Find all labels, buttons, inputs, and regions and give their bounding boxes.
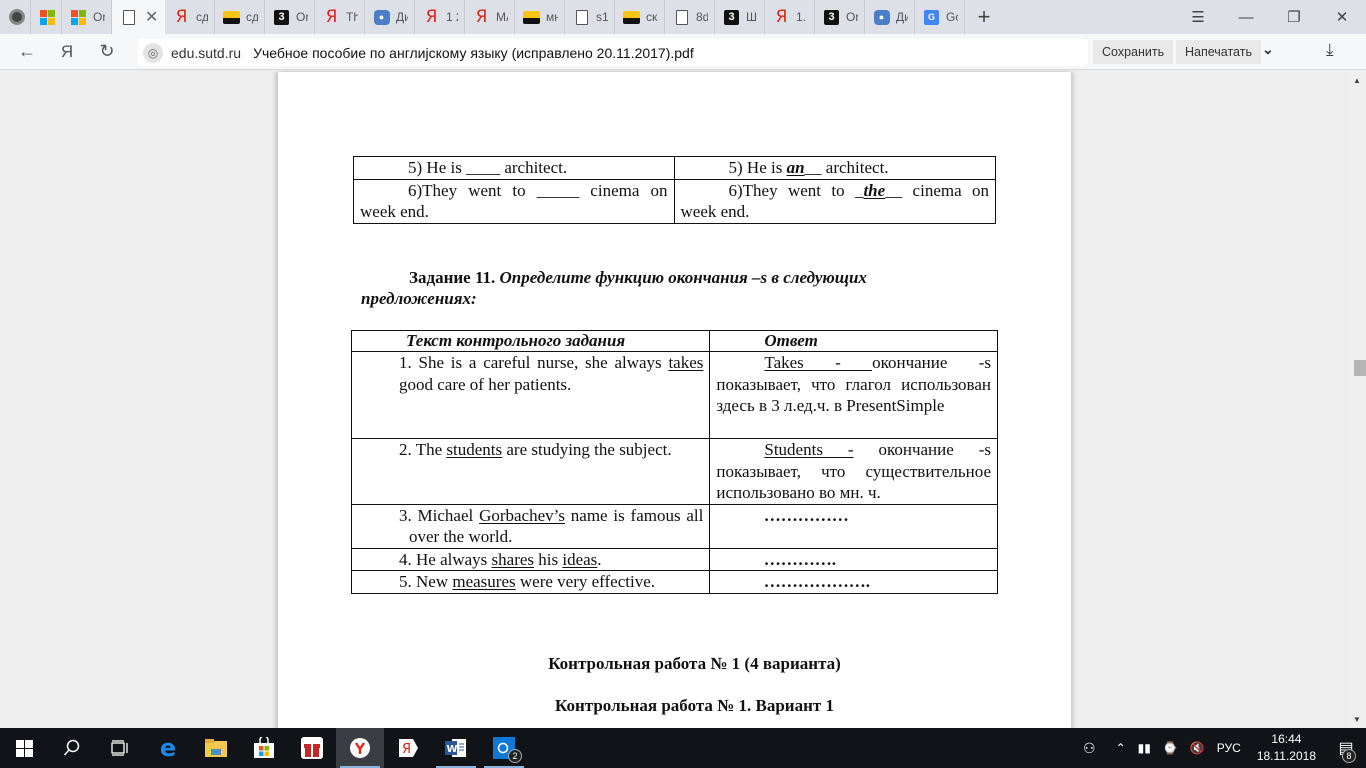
yandex-home-button[interactable]: Я <box>48 34 86 70</box>
google-translate-icon: G <box>923 9 940 26</box>
task-11-heading: Задание 11. Определите функцию окончания… <box>361 267 961 309</box>
table-cell: 1. She is a careful nurse, she always ta… <box>352 352 710 439</box>
tab-label: Go <box>946 10 958 24</box>
yandex-icon: Я <box>423 9 440 26</box>
microsoft-icon <box>39 9 56 26</box>
table-header-row: Текст контрольного задания Ответ <box>352 331 998 352</box>
answer-an: an <box>787 158 805 177</box>
table-cell: 4. He always shares his ideas. <box>352 548 710 571</box>
table-cell: ………………. <box>710 571 998 594</box>
taskbar: e Я W 2 ⚇ ⌃ ▮▮ ⌚ 🔇 РУС 16:44 18.11.2018 … <box>0 728 1366 768</box>
tab-label: Ди <box>396 10 408 24</box>
url-page-title: Учебное пособие по англиjскому языку (ис… <box>253 45 694 61</box>
table-cell: Students - окончание -s показывает, что … <box>710 439 998 505</box>
system-tray: ⚇ ⌃ ▮▮ ⌚ 🔇 РУС 16:44 18.11.2018 ▤ 8 <box>1077 728 1366 768</box>
chat-icon: ● <box>373 9 390 26</box>
notifications-badge: 8 <box>1342 749 1356 763</box>
table-row: 3. Michael Gorbachev’s name is famous al… <box>352 504 998 548</box>
browser-tab[interactable]: GGo <box>915 0 965 34</box>
address-bar-row: ← Я ↻ ◎ edu.sutd.ru Учебное пособие по а… <box>0 34 1366 70</box>
yandex-icon: Я <box>397 737 419 759</box>
browser-tab[interactable]: Я1. <box>765 0 815 34</box>
table-cell: 2. The students are studying the subject… <box>352 439 710 505</box>
table-row: 5) He is ____ architect. 5) He is an__ a… <box>354 157 996 180</box>
edge-app[interactable]: e <box>144 728 192 768</box>
word-icon: W <box>445 737 467 759</box>
media-icon <box>8 9 25 26</box>
microsoft-icon <box>70 9 87 26</box>
tab-label: Ди <box>896 10 908 24</box>
task-view-button[interactable] <box>96 728 144 768</box>
folder-icon <box>205 739 227 757</box>
browser-tab[interactable]: 3Or <box>265 0 315 34</box>
yandex-browser-app[interactable] <box>336 728 384 768</box>
tab-label: 1. <box>796 10 806 24</box>
url-field[interactable]: ◎ edu.sutd.ru Учебное пособие по англиjс… <box>138 39 1088 66</box>
back-button[interactable]: ← <box>8 34 46 70</box>
outlook-badge: 2 <box>508 749 522 763</box>
chevron-down-icon[interactable]: ⌄ <box>1262 41 1274 58</box>
store-app[interactable] <box>240 728 288 768</box>
browser-tab[interactable]: Or <box>62 0 112 34</box>
browser-tab[interactable]: 3Ш <box>715 0 765 34</box>
browser-tab[interactable] <box>31 0 62 34</box>
yandex-icon: Я <box>173 9 190 26</box>
table-cell: 6)They went to _____ cinema on week end. <box>354 179 675 223</box>
save-button[interactable]: Сохранить <box>1093 40 1173 64</box>
table-row: 5. New measures were very effective. ………… <box>352 571 998 594</box>
globe-icon: ◎ <box>143 43 163 63</box>
print-button[interactable]: Напечатать <box>1176 40 1261 64</box>
tab-label: 8d <box>696 10 708 24</box>
table-cell: 6)They went to _the__ cinema on week end… <box>674 179 996 223</box>
search-icon <box>63 739 81 757</box>
browser-tab[interactable]: мн <box>515 0 565 34</box>
language-indicator[interactable]: РУС <box>1217 741 1241 755</box>
browser-tab[interactable]: ЯTh <box>315 0 365 34</box>
yandex-icon: Я <box>473 9 490 26</box>
yandex-icon: Я <box>323 9 340 26</box>
tab-label: Or <box>93 10 105 24</box>
browser-tab[interactable]: ✕ <box>112 0 165 34</box>
browser-tab[interactable]: сд <box>215 0 265 34</box>
scrollbar-thumb[interactable] <box>1354 360 1366 376</box>
table-cell: 3. Michael Gorbachev’s name is famous al… <box>352 504 710 548</box>
yandex-app[interactable]: Я <box>384 728 432 768</box>
table-cell: …………… <box>710 504 998 548</box>
windows-logo-icon <box>16 740 33 757</box>
clock-time: 16:44 <box>1257 731 1316 748</box>
task-view-icon <box>111 740 129 756</box>
browser-tab[interactable]: 3Or <box>815 0 865 34</box>
task-11-table: Текст контрольного задания Ответ 1. She … <box>351 330 998 594</box>
vertical-scrollbar[interactable]: ▲ ▼ <box>1349 70 1366 728</box>
tab-label: Ш <box>746 10 757 24</box>
svg-text:W: W <box>447 744 458 755</box>
action-center-button[interactable]: ▤ 8 <box>1326 728 1366 768</box>
z-icon: 3 <box>823 9 840 26</box>
tab-label: Or <box>846 10 858 24</box>
url-domain: edu.sutd.ru <box>171 45 241 61</box>
battery-icon[interactable]: ▮▮ <box>1138 741 1151 755</box>
articles-table: 5) He is ____ architect. 5) He is an__ a… <box>353 156 996 224</box>
tab-label: Or <box>296 10 308 24</box>
table-cell: 5) He is an__ architect. <box>674 157 996 180</box>
clock-date: 18.11.2018 <box>1257 748 1316 765</box>
document-icon <box>120 9 137 26</box>
tab-label: 1 2 <box>446 10 458 24</box>
browser-tab[interactable]: ●Ди <box>865 0 915 34</box>
table-row: 2. The students are studying the subject… <box>352 439 998 505</box>
download-icon[interactable]: ⤓ <box>1326 40 1334 60</box>
show-hidden-icons-chevron-icon[interactable]: ⌃ <box>1116 741 1126 755</box>
gift-app[interactable] <box>288 728 336 768</box>
yandex-browser-icon <box>349 737 371 759</box>
image-icon <box>523 9 540 26</box>
tab-label: МА <box>496 10 508 24</box>
tab-label: Th <box>346 10 358 24</box>
menu-button[interactable]: ☰ <box>1174 0 1222 34</box>
variant-heading: Контрольная работа № 1. Вариант 1 <box>298 696 1091 716</box>
document-icon <box>673 9 690 26</box>
scroll-up-arrow-icon[interactable]: ▲ <box>1353 76 1361 85</box>
people-icon[interactable]: ⚇ <box>1083 740 1096 757</box>
z-icon: 3 <box>273 9 290 26</box>
restore-button[interactable]: ❐ <box>1270 0 1318 34</box>
document-icon <box>573 9 590 26</box>
header-task-text: Текст контрольного задания <box>352 331 710 352</box>
tab-label: мн <box>546 10 558 24</box>
minimize-button[interactable]: — <box>1222 0 1270 34</box>
task-label: Задание 11. <box>361 268 495 287</box>
scroll-down-arrow-icon[interactable]: ▼ <box>1353 715 1361 724</box>
table-cell: …………. <box>710 548 998 571</box>
reload-button[interactable]: ↻ <box>88 34 126 70</box>
table-cell: Takes - окончание -s показывает, что гла… <box>710 352 998 439</box>
browser-tab[interactable]: Я1 2 <box>415 0 465 34</box>
browser-tab[interactable]: 8d <box>665 0 715 34</box>
chat-icon: ● <box>873 9 890 26</box>
search-button[interactable] <box>48 728 96 768</box>
answer-the: the <box>863 181 885 200</box>
svg-text:Я: Я <box>402 742 411 757</box>
header-answer: Ответ <box>710 331 998 352</box>
table-cell: 5) He is ____ architect. <box>354 157 675 180</box>
clock[interactable]: 16:44 18.11.2018 <box>1257 731 1316 765</box>
browser-tab[interactable] <box>0 0 31 34</box>
tab-label: ске <box>646 10 658 24</box>
image-icon <box>623 9 640 26</box>
z-icon: 3 <box>723 9 740 26</box>
browser-tab[interactable]: s12 <box>565 0 615 34</box>
close-tab-icon[interactable]: ✕ <box>145 7 158 27</box>
close-window-button[interactable]: ✕ <box>1318 0 1366 34</box>
table-row: 4. He always shares his ideas. …………. <box>352 548 998 571</box>
table-row: 6)They went to _____ cinema on week end.… <box>354 179 996 223</box>
browser-tab[interactable]: ске <box>615 0 665 34</box>
table-cell: 5. New measures were very effective. <box>352 571 710 594</box>
start-button[interactable] <box>0 728 48 768</box>
word-app[interactable]: W <box>432 728 480 768</box>
pdf-page: 5) He is ____ architect. 5) He is an__ a… <box>278 72 1071 728</box>
gift-icon <box>301 737 323 759</box>
new-tab-button[interactable]: + <box>965 0 1003 34</box>
yandex-icon: Я <box>773 9 790 26</box>
volume-muted-icon[interactable]: 🔇 <box>1190 741 1205 755</box>
outlook-app[interactable]: 2 <box>480 728 528 768</box>
table-row: 1. She is a careful nurse, she always ta… <box>352 352 998 439</box>
tab-strip: Or✕Ясдсд3OrЯTh●ДиЯ1 2ЯМАмнs12ске8d3ШЯ1.3… <box>0 0 1366 34</box>
tab-label: s12 <box>596 10 608 24</box>
browser-tab[interactable]: ●Ди <box>365 0 415 34</box>
image-icon <box>223 9 240 26</box>
browser-tab[interactable]: Ясд <box>165 0 215 34</box>
tab-label: сд <box>246 10 258 24</box>
store-icon <box>253 737 275 759</box>
pdf-viewer[interactable]: 5) He is ____ architect. 5) He is an__ a… <box>0 70 1366 728</box>
browser-tab[interactable]: ЯМА <box>465 0 515 34</box>
window-controls: ☰ — ❐ ✕ <box>1174 0 1366 34</box>
wifi-icon[interactable]: ⌚ <box>1163 741 1178 755</box>
tab-label: сд <box>196 10 208 24</box>
edge-icon: e <box>160 734 176 762</box>
file-explorer-app[interactable] <box>192 728 240 768</box>
section-heading: Контрольная работа № 1 (4 варианта) <box>298 654 1091 674</box>
